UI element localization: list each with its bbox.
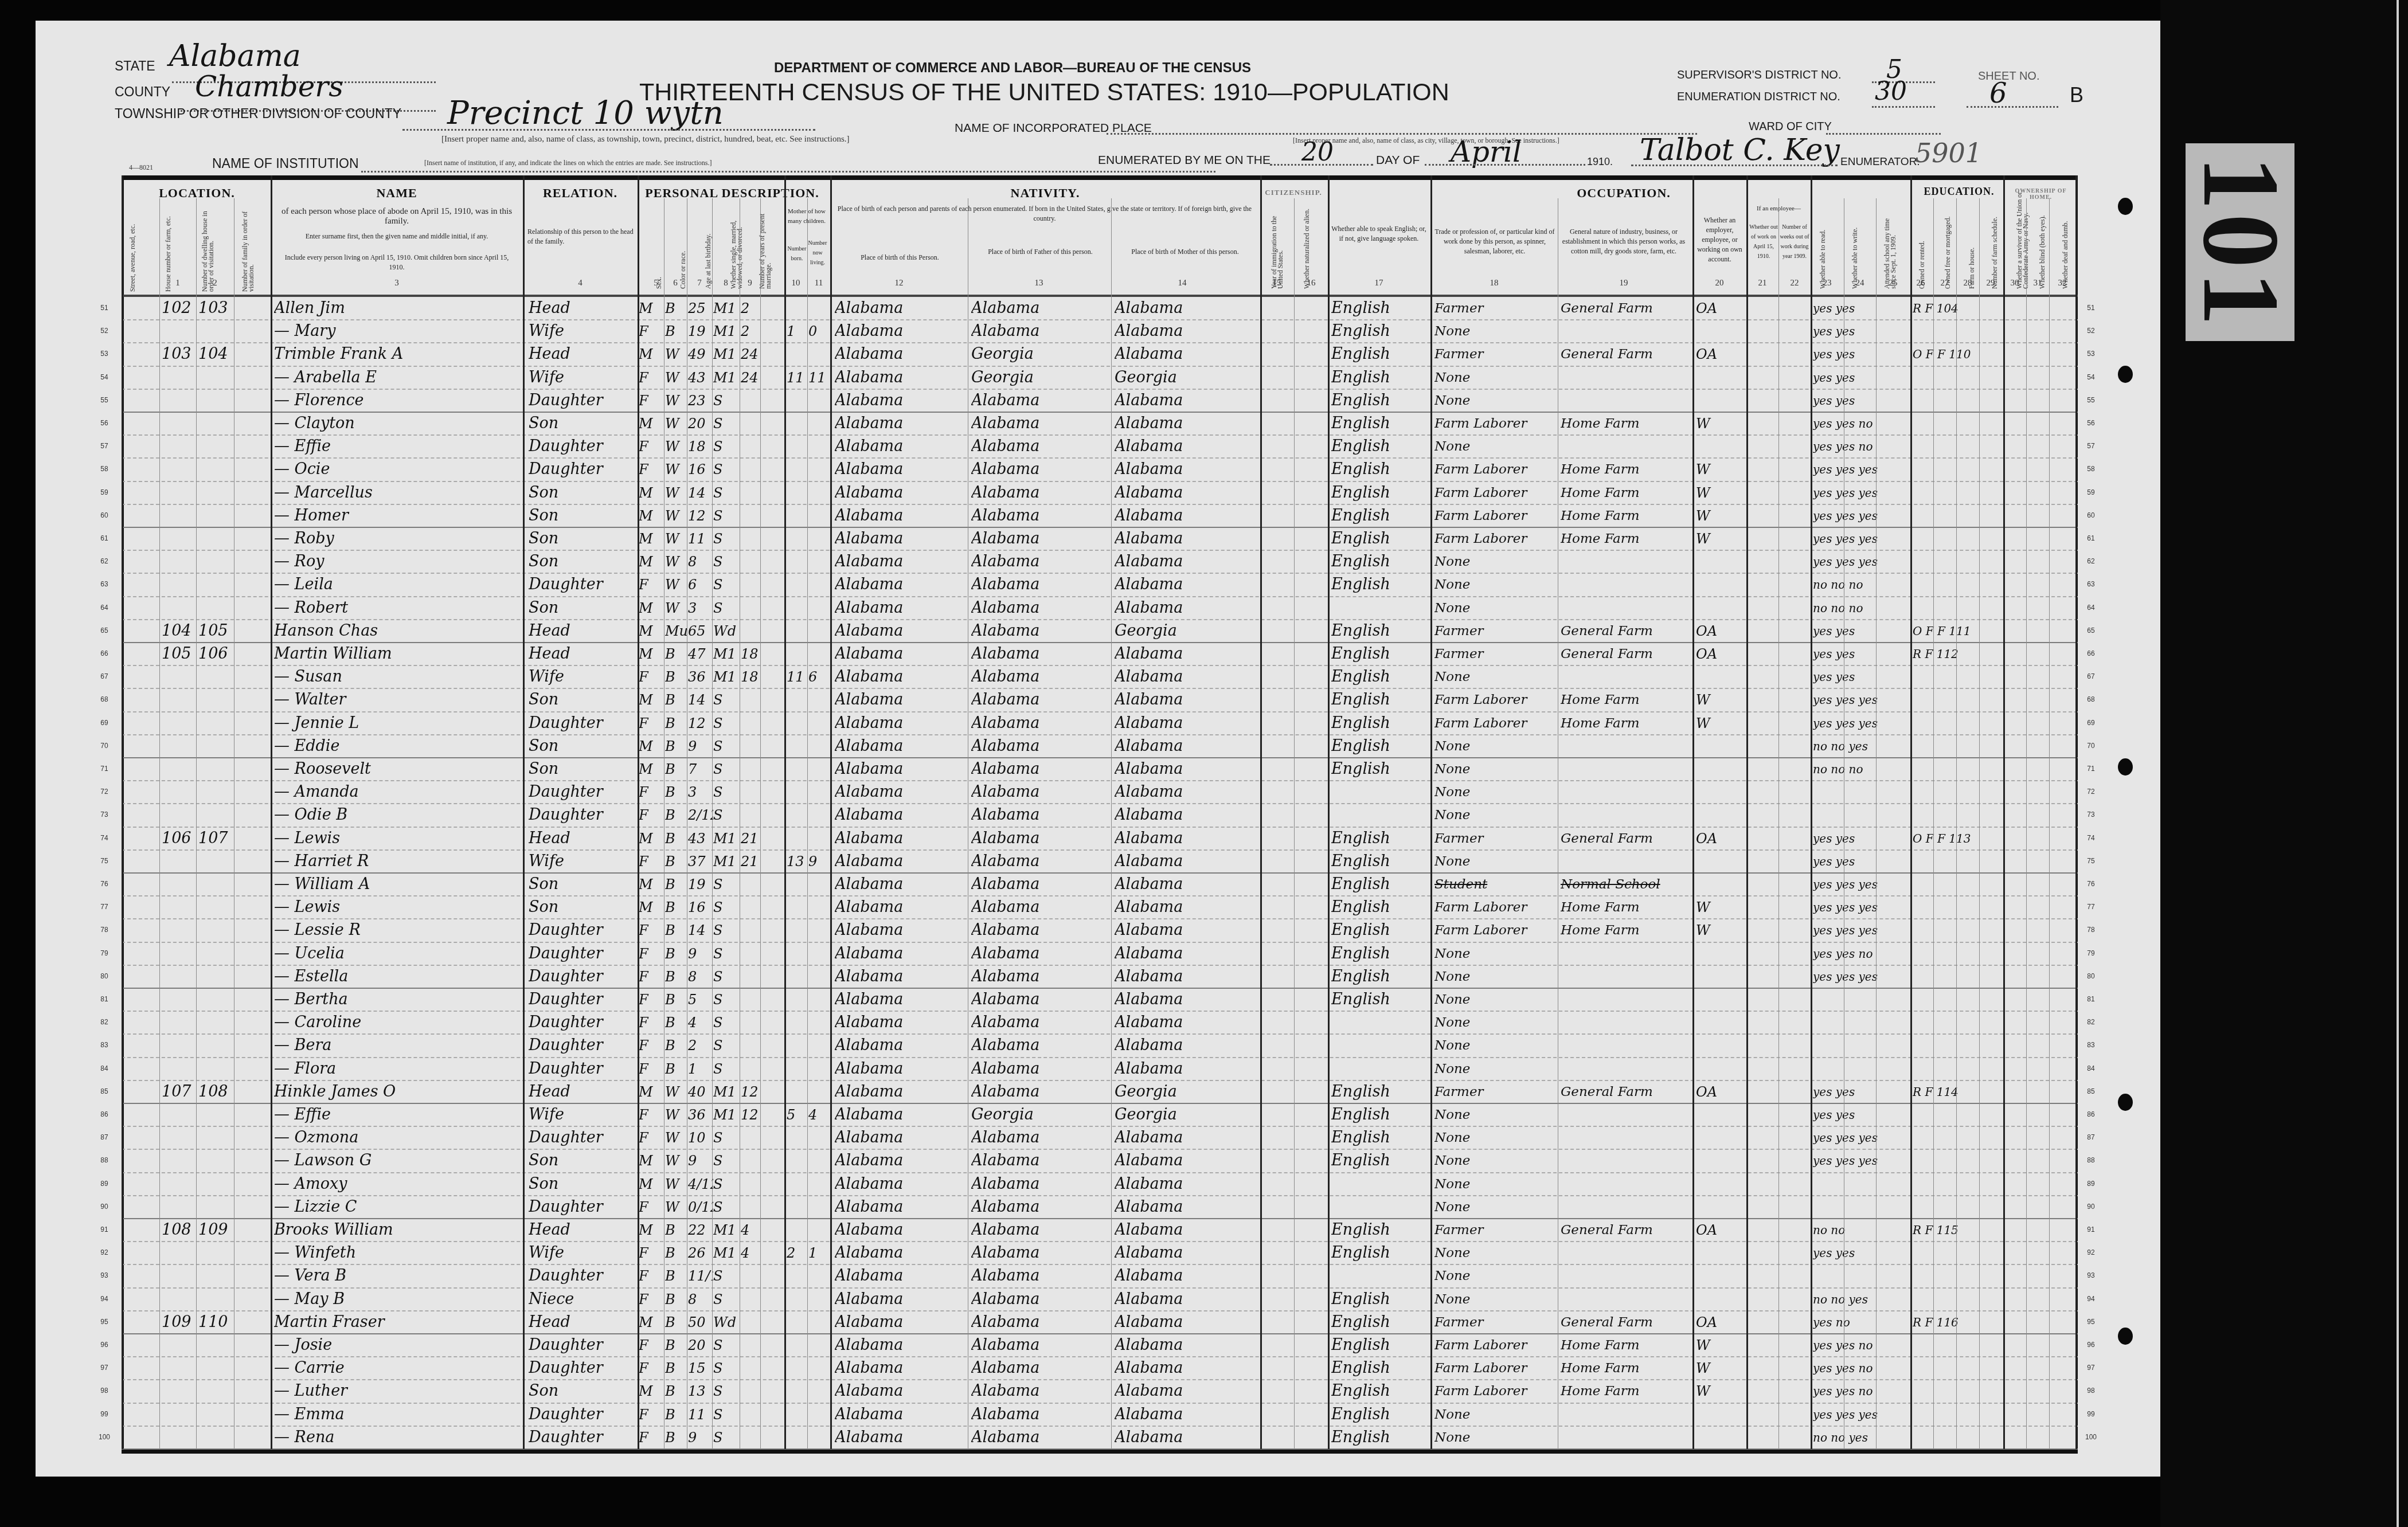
employment-class	[1696, 758, 1745, 781]
person-name: — Arabella E	[274, 366, 521, 389]
children-born	[787, 504, 807, 527]
race: W	[665, 1103, 687, 1126]
home-ownership	[1913, 1011, 2003, 1034]
mother-birthplace: Alabama	[1115, 965, 1258, 988]
employment-class	[1696, 988, 1745, 1011]
children-living	[808, 343, 829, 366]
institution-line	[361, 171, 1215, 173]
children-living	[808, 458, 829, 481]
father-birthplace: Alabama	[971, 1334, 1109, 1357]
age: 6	[688, 573, 713, 596]
line-number: 81	[96, 995, 113, 1003]
marital-status: S	[713, 1403, 740, 1426]
age: 9	[688, 1149, 713, 1172]
column-number: 28	[1959, 279, 1976, 288]
industry: Home Farm	[1561, 412, 1691, 435]
birth-mother-header: Place of birth of Mother of this person.	[1113, 247, 1257, 257]
sex: F	[639, 850, 662, 873]
home-ownership	[1913, 965, 2003, 988]
dwelling-number	[162, 573, 195, 596]
mother-birthplace: Alabama	[1115, 1311, 1258, 1334]
age: 13	[688, 1380, 713, 1403]
children-born: 2	[787, 1242, 807, 1264]
marital-status: S	[713, 1380, 740, 1403]
mother-of-header: Mother of how many children.	[787, 207, 827, 226]
line-number: 62	[2082, 557, 2100, 565]
relation: Niece	[529, 1288, 636, 1311]
person-name: — Homer	[274, 504, 521, 527]
column-divider	[740, 198, 740, 1449]
years-married	[741, 965, 760, 988]
father-birthplace: Alabama	[971, 712, 1109, 735]
father-birthplace: Alabama	[971, 620, 1109, 643]
column-number: 16	[1303, 279, 1320, 288]
sex: F	[639, 1103, 662, 1126]
group-location: LOCATION.	[124, 186, 270, 201]
children-born	[787, 1403, 807, 1426]
age: 14	[688, 919, 713, 942]
children-born	[787, 942, 807, 965]
age: 11/12	[688, 1264, 713, 1287]
children-living	[808, 1264, 829, 1287]
trade: None	[1434, 758, 1556, 781]
father-birthplace: Alabama	[971, 573, 1109, 596]
trade-header: Trade or profession of, or particular ki…	[1434, 227, 1555, 256]
punch-hole-icon	[2118, 1328, 2133, 1345]
language	[1331, 1264, 1429, 1287]
father-birthplace: Alabama	[971, 1264, 1109, 1287]
sex: F	[639, 1126, 662, 1149]
employment-class	[1696, 1149, 1745, 1172]
children-born: 5	[787, 1103, 807, 1126]
education: yes yes	[1813, 643, 1909, 665]
education: yes yes	[1813, 1103, 1909, 1126]
home-ownership	[1913, 481, 2003, 504]
trade: Farmer	[1434, 1311, 1556, 1334]
relation: Son	[529, 1173, 636, 1196]
father-birthplace: Alabama	[971, 850, 1109, 873]
education: no no no	[1813, 573, 1909, 596]
years-married	[741, 1058, 760, 1080]
birthplace: Alabama	[835, 1011, 967, 1034]
industry	[1561, 1264, 1691, 1287]
dwelling-number	[162, 527, 195, 550]
line-number: 92	[2082, 1248, 2100, 1256]
marital-status: S	[713, 1034, 740, 1057]
trade: None	[1434, 435, 1556, 458]
sex: F	[639, 389, 662, 412]
language: English	[1331, 735, 1429, 758]
race: B	[665, 320, 687, 343]
father-birthplace: Alabama	[971, 504, 1109, 527]
mother-birthplace: Alabama	[1115, 1058, 1258, 1080]
children-living	[808, 1288, 829, 1311]
dwelling-number	[162, 712, 195, 735]
person-name: — May B	[274, 1288, 521, 1311]
father-birthplace: Alabama	[971, 1288, 1109, 1311]
person-name: — Florence	[274, 389, 521, 412]
line-number: 95	[96, 1318, 113, 1326]
years-married	[741, 481, 760, 504]
line-number: 70	[2082, 742, 2100, 750]
years-married: 4	[741, 1219, 760, 1242]
dwelling-number	[162, 481, 195, 504]
line-number: 75	[2082, 857, 2100, 865]
column-divider	[1260, 175, 1262, 1449]
children-living	[808, 735, 829, 758]
trade: None	[1434, 320, 1556, 343]
home-ownership	[1913, 320, 2003, 343]
age: 5	[688, 988, 713, 1011]
relation: Daughter	[529, 458, 636, 481]
mother-birthplace: Alabama	[1115, 1264, 1258, 1287]
industry: Home Farm	[1561, 688, 1691, 711]
age: 2/12	[688, 804, 713, 827]
trade: None	[1434, 665, 1556, 688]
age: 0/12	[688, 1196, 713, 1219]
age-header: Age at last birthday.	[705, 209, 712, 289]
father-birthplace: Alabama	[971, 412, 1109, 435]
home-ownership	[1913, 550, 2003, 573]
children-living	[808, 1380, 829, 1403]
home-ownership	[1913, 919, 2003, 942]
column-number: 3	[388, 279, 405, 288]
line-number: 90	[96, 1203, 113, 1211]
line-number: 67	[96, 672, 113, 680]
birthplace: Alabama	[835, 688, 967, 711]
family-number	[198, 550, 233, 573]
employment-class: OA	[1696, 343, 1745, 366]
family-number	[198, 481, 233, 504]
mother-birthplace: Alabama	[1115, 688, 1258, 711]
birthplace: Alabama	[835, 1242, 967, 1264]
education: no no no	[1813, 597, 1909, 620]
sex: F	[639, 804, 662, 827]
mother-birthplace: Alabama	[1115, 758, 1258, 781]
birthplace: Alabama	[835, 896, 967, 919]
table-bottom-border	[122, 1449, 2078, 1454]
home-ownership	[1913, 1242, 2003, 1264]
years-married	[741, 504, 760, 527]
father-birthplace: Alabama	[971, 873, 1109, 896]
trade: None	[1434, 1011, 1556, 1034]
marital-status: M1	[713, 343, 740, 366]
column-number: 15	[1268, 279, 1285, 288]
write-header: Whether able to write.	[1852, 209, 1858, 289]
line-number: 53	[2082, 350, 2100, 358]
father-birthplace: Alabama	[971, 942, 1109, 965]
birthplace: Alabama	[835, 573, 967, 596]
mother-birthplace: Alabama	[1115, 412, 1258, 435]
language: English	[1331, 1149, 1429, 1172]
dwelling-number: 103	[162, 343, 195, 366]
language: English	[1331, 1357, 1429, 1380]
person-name: — Flora	[274, 1058, 521, 1080]
language	[1331, 781, 1429, 804]
column-number: 5	[647, 279, 664, 288]
family-number	[198, 942, 233, 965]
employment-class	[1696, 435, 1745, 458]
family-number: 105	[198, 620, 233, 643]
mother-birthplace: Alabama	[1115, 1011, 1258, 1034]
group-relation: RELATION.	[523, 186, 638, 201]
language: English	[1331, 1242, 1429, 1264]
marital-status: S	[713, 781, 740, 804]
home-ownership	[1913, 735, 2003, 758]
person-name: — Ozmona	[274, 1126, 521, 1149]
marital-status: Wd	[713, 620, 740, 643]
father-birthplace: Alabama	[971, 1242, 1109, 1264]
birthplace: Alabama	[835, 435, 967, 458]
birthplace: Alabama	[835, 1357, 967, 1380]
home-ownership	[1913, 1034, 2003, 1057]
employment-class: W	[1696, 712, 1745, 735]
marital-status: S	[713, 1173, 740, 1196]
person-name: — Robert	[274, 597, 521, 620]
column-number: 8	[717, 279, 734, 288]
person-name: — Emma	[274, 1403, 521, 1426]
age: 14	[688, 688, 713, 711]
enumerator-note: 5901	[1915, 138, 1982, 169]
home-ownership: R F 114	[1913, 1080, 2003, 1103]
person-name: — Roby	[274, 527, 521, 550]
trade: None	[1434, 965, 1556, 988]
age: 8	[688, 550, 713, 573]
children-born	[787, 919, 807, 942]
line-number: 93	[96, 1271, 113, 1279]
birthplace: Alabama	[835, 1380, 967, 1403]
language: English	[1331, 665, 1429, 688]
trade: None	[1434, 1103, 1556, 1126]
family-number	[198, 1196, 233, 1219]
column-number: 10	[787, 279, 804, 288]
column-divider	[1294, 198, 1295, 1449]
language	[1331, 1034, 1429, 1057]
home-ownership	[1913, 389, 2003, 412]
trade: Farmer	[1434, 827, 1556, 850]
mother-birthplace: Alabama	[1115, 573, 1258, 596]
sex: F	[639, 1264, 662, 1287]
relation: Daughter	[529, 781, 636, 804]
ward-line	[1826, 133, 1941, 135]
children-living	[808, 804, 829, 827]
children-born: 11	[787, 366, 807, 389]
age: 9	[688, 942, 713, 965]
trade: None	[1434, 735, 1556, 758]
family-number	[198, 804, 233, 827]
line-number: 61	[96, 534, 113, 542]
sheet-value: 6	[1989, 77, 2007, 109]
family-header: Number of family in order of visitation.	[242, 209, 255, 292]
industry	[1561, 320, 1691, 343]
birthplace: Alabama	[835, 1103, 967, 1126]
line-number: 99	[2082, 1410, 2100, 1418]
person-name: — Effie	[274, 1103, 521, 1126]
column-number: 6	[667, 279, 684, 288]
dwelling-number: 106	[162, 827, 195, 850]
children-born: 11	[787, 665, 807, 688]
father-birthplace: Alabama	[971, 665, 1109, 688]
trade: Farm Laborer	[1434, 1357, 1556, 1380]
employment-class	[1696, 320, 1745, 343]
mother-birthplace: Alabama	[1115, 873, 1258, 896]
years-married	[741, 688, 760, 711]
race: W	[665, 435, 687, 458]
birthplace: Alabama	[835, 1288, 967, 1311]
birthplace: Alabama	[835, 965, 967, 988]
mother-birthplace: Alabama	[1115, 1380, 1258, 1403]
education: no no yes	[1813, 1426, 1909, 1449]
column-number: 31	[2029, 279, 2046, 288]
father-birthplace: Alabama	[971, 781, 1109, 804]
language: English	[1331, 873, 1429, 896]
mother-birthplace: Georgia	[1115, 366, 1258, 389]
person-name: — Luther	[274, 1380, 521, 1403]
trade: None	[1434, 1264, 1556, 1287]
dwelling-number	[162, 412, 195, 435]
children-born	[787, 1426, 807, 1449]
marital-status: S	[713, 965, 740, 988]
employment-class: W	[1696, 527, 1745, 550]
age: 8	[688, 965, 713, 988]
sex: M	[639, 527, 662, 550]
industry: General Farm	[1561, 297, 1691, 320]
column-divider	[1811, 175, 1812, 1449]
industry: General Farm	[1561, 827, 1691, 850]
roll-number-label: 101	[2186, 143, 2294, 341]
language: English	[1331, 850, 1429, 873]
mother-birthplace: Alabama	[1115, 343, 1258, 366]
age: 19	[688, 320, 713, 343]
education	[1813, 1173, 1909, 1196]
children-living: 0	[808, 320, 829, 343]
children-born	[787, 758, 807, 781]
ed-value: 30	[1875, 77, 1907, 106]
sex: M	[639, 504, 662, 527]
industry: Home Farm	[1561, 1357, 1691, 1380]
mother-birthplace: Alabama	[1115, 1426, 1258, 1449]
children-born	[787, 435, 807, 458]
marital-status: M1	[713, 1219, 740, 1242]
children-living	[808, 389, 829, 412]
line-number: 96	[2082, 1341, 2100, 1349]
children-living	[808, 1126, 829, 1149]
person-name: — Mary	[274, 320, 521, 343]
line-number: 81	[2082, 995, 2100, 1003]
county-label: County	[115, 84, 170, 100]
father-birthplace: Alabama	[971, 1311, 1109, 1334]
father-birthplace: Alabama	[971, 1173, 1109, 1196]
sex: F	[639, 1357, 662, 1380]
line-number: 88	[96, 1156, 113, 1164]
employment-class: OA	[1696, 297, 1745, 320]
state-value: Alabama	[169, 39, 301, 73]
read-header: Whether able to read.	[1820, 209, 1826, 289]
person-name: — Harriet R	[274, 850, 521, 873]
home-ownership: R F 116	[1913, 1311, 2003, 1334]
column-divider	[122, 175, 123, 1449]
relation: Head	[529, 1080, 636, 1103]
industry	[1561, 1011, 1691, 1034]
person-name: — Eddie	[274, 735, 521, 758]
column-divider	[664, 198, 664, 1449]
family-number	[198, 735, 233, 758]
employment-class	[1696, 1242, 1745, 1264]
dwelling-number	[162, 1380, 195, 1403]
line-number: 91	[96, 1225, 113, 1234]
education: yes no	[1813, 1311, 1909, 1334]
children-born	[787, 1149, 807, 1172]
column-divider	[234, 198, 234, 1449]
line-number: 76	[96, 880, 113, 888]
home-ownership	[1913, 1173, 2003, 1196]
years-married	[741, 620, 760, 643]
age: 65	[688, 620, 713, 643]
family-number	[198, 1426, 233, 1449]
home-ownership	[1913, 504, 2003, 527]
race: B	[665, 988, 687, 1011]
age: 3	[688, 597, 713, 620]
relation: Daughter	[529, 435, 636, 458]
mother-birthplace: Alabama	[1115, 1357, 1258, 1380]
line-number: 62	[96, 557, 113, 565]
column-divider	[1692, 175, 1694, 1449]
employer-header: Whether an employer, employee, or workin…	[1695, 216, 1744, 264]
person-name: — Jennie L	[274, 712, 521, 735]
line-number: 54	[2082, 373, 2100, 381]
education	[1813, 1196, 1909, 1219]
marital-status: M1	[713, 665, 740, 688]
years-married-header: Number of years of present marriage.	[759, 209, 772, 289]
mother-birthplace: Georgia	[1115, 620, 1258, 643]
children-living	[808, 1311, 829, 1334]
line-number: 69	[2082, 719, 2100, 727]
children-living	[808, 435, 829, 458]
relation: Son	[529, 504, 636, 527]
person-name: — Odie B	[274, 804, 521, 827]
institution-hint: [Insert name of institution, if any, and…	[424, 159, 712, 167]
race: W	[665, 1173, 687, 1196]
birthplace: Alabama	[835, 850, 967, 873]
race: B	[665, 1219, 687, 1242]
dwelling-number	[162, 965, 195, 988]
language	[1331, 597, 1429, 620]
birthplace: Alabama	[835, 458, 967, 481]
column-number: 2	[206, 279, 224, 288]
column-divider	[1956, 198, 1957, 1449]
race: W	[665, 1126, 687, 1149]
line-number: 56	[2082, 419, 2100, 427]
line-number: 99	[96, 1410, 113, 1418]
mother-birthplace: Alabama	[1115, 550, 1258, 573]
marital-status: S	[713, 896, 740, 919]
education: yes yes	[1813, 389, 1909, 412]
race: B	[665, 1288, 687, 1311]
race: B	[665, 965, 687, 988]
birthplace: Alabama	[835, 1219, 967, 1242]
column-number: 24	[1851, 279, 1868, 288]
education: no no yes	[1813, 735, 1909, 758]
birthplace: Alabama	[835, 781, 967, 804]
language: English	[1331, 297, 1429, 320]
family-number	[198, 435, 233, 458]
age: 19	[688, 873, 713, 896]
trade: Farm Laborer	[1434, 1334, 1556, 1357]
language: English	[1331, 481, 1429, 504]
person-name: — Clayton	[274, 412, 521, 435]
years-married: 12	[741, 1080, 760, 1103]
column-number: 27	[1936, 279, 1953, 288]
